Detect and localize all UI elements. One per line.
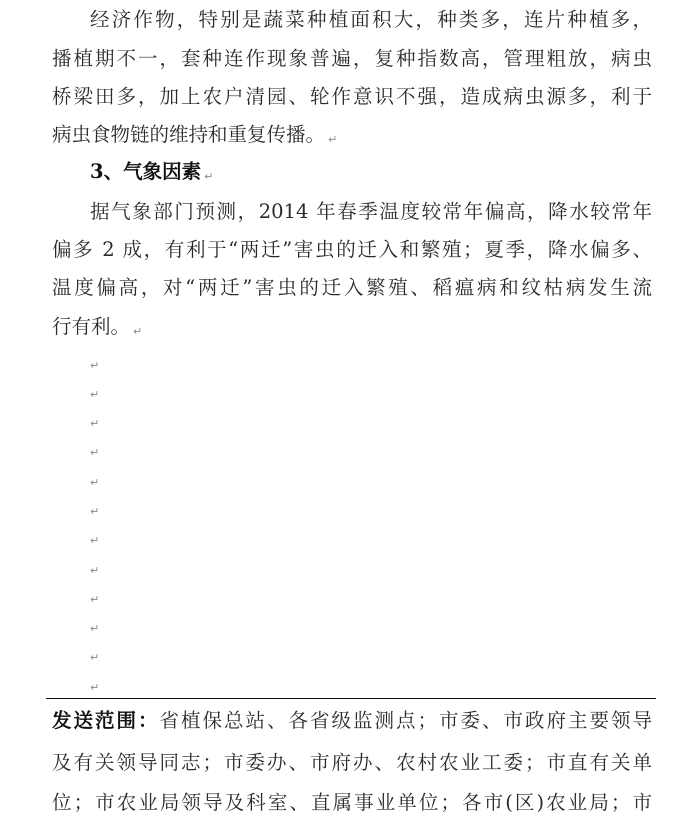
section-heading: 3、气象因素↵ [90, 160, 213, 189]
paragraph-2-line-4: 行有利。↵ [52, 315, 652, 339]
empty-paragraph-mark-icon: ↵ [90, 535, 99, 547]
paragraph-2-line-4-text: 行有利。 [52, 315, 130, 338]
paragraph-1-line-4-text: 病虫食物链的维持和重复传播。 [52, 123, 325, 146]
document-page: 经济作物，特别是蔬菜种植面积大，种类多，连片种植多， 播植期不一，套种连作现象普… [0, 0, 700, 821]
paragraph-mark-icon: ↵ [328, 133, 337, 146]
section-heading-text: 3、气象因素 [90, 160, 201, 183]
empty-paragraph-mark-icon: ↵ [90, 360, 99, 372]
paragraph-1-line-3: 桥梁田多，加上农户清园、轮作意识不强，造成病虫源多，利于 [52, 85, 652, 109]
empty-paragraph-mark-icon: ↵ [90, 477, 99, 489]
empty-paragraph-mark-icon: ↵ [90, 682, 99, 694]
paragraph-2-line-1: 据气象部门预测，2014 年春季温度较常年偏高，降水较常年 [90, 200, 652, 224]
empty-paragraph-mark-icon: ↵ [90, 652, 99, 664]
horizontal-rule [46, 698, 656, 699]
distribution-line-3: 位；市农业局领导及科室、直属事业单位；各市(区)农业局；市 [52, 791, 652, 815]
distribution-line-1: 发送范围：省植保总站、各省级监测点；市委、市政府主要领导 [52, 709, 652, 733]
distribution-line-2: 及有关领导同志；市委办、市府办、农村农业工委；市直有关单 [52, 751, 652, 775]
paragraph-mark-icon: ↵ [133, 325, 142, 338]
paragraph-2-line-2: 偏多 2 成，有利于“两迁”害虫的迁入和繁殖；夏季，降水偏多、 [52, 238, 652, 262]
empty-paragraph-mark-icon: ↵ [90, 447, 99, 459]
paragraph-2-line-3: 温度偏高，对“两迁”害虫的迁入繁殖、稻瘟病和纹枯病发生流 [52, 276, 652, 300]
paragraph-1-line-4: 病虫食物链的维持和重复传播。↵ [52, 123, 652, 147]
distribution-label: 发送范围： [52, 709, 160, 732]
distribution-line-1-text: 省植保总站、各省级监测点；市委、市政府主要领导 [160, 709, 652, 732]
empty-paragraph-mark-icon: ↵ [90, 565, 99, 577]
empty-paragraph-mark-icon: ↵ [90, 389, 99, 401]
paragraph-1-line-1: 经济作物，特别是蔬菜种植面积大，种类多，连片种植多， [90, 8, 652, 32]
empty-paragraph-mark-icon: ↵ [90, 623, 99, 635]
empty-paragraph-mark-icon: ↵ [90, 594, 99, 606]
paragraph-mark-icon: ↵ [204, 170, 213, 183]
empty-paragraph-mark-icon: ↵ [90, 506, 99, 518]
empty-paragraph-mark-icon: ↵ [90, 418, 99, 430]
paragraph-1-line-2: 播植期不一，套种连作现象普遍，复种指数高，管理粗放，病虫 [52, 47, 652, 71]
